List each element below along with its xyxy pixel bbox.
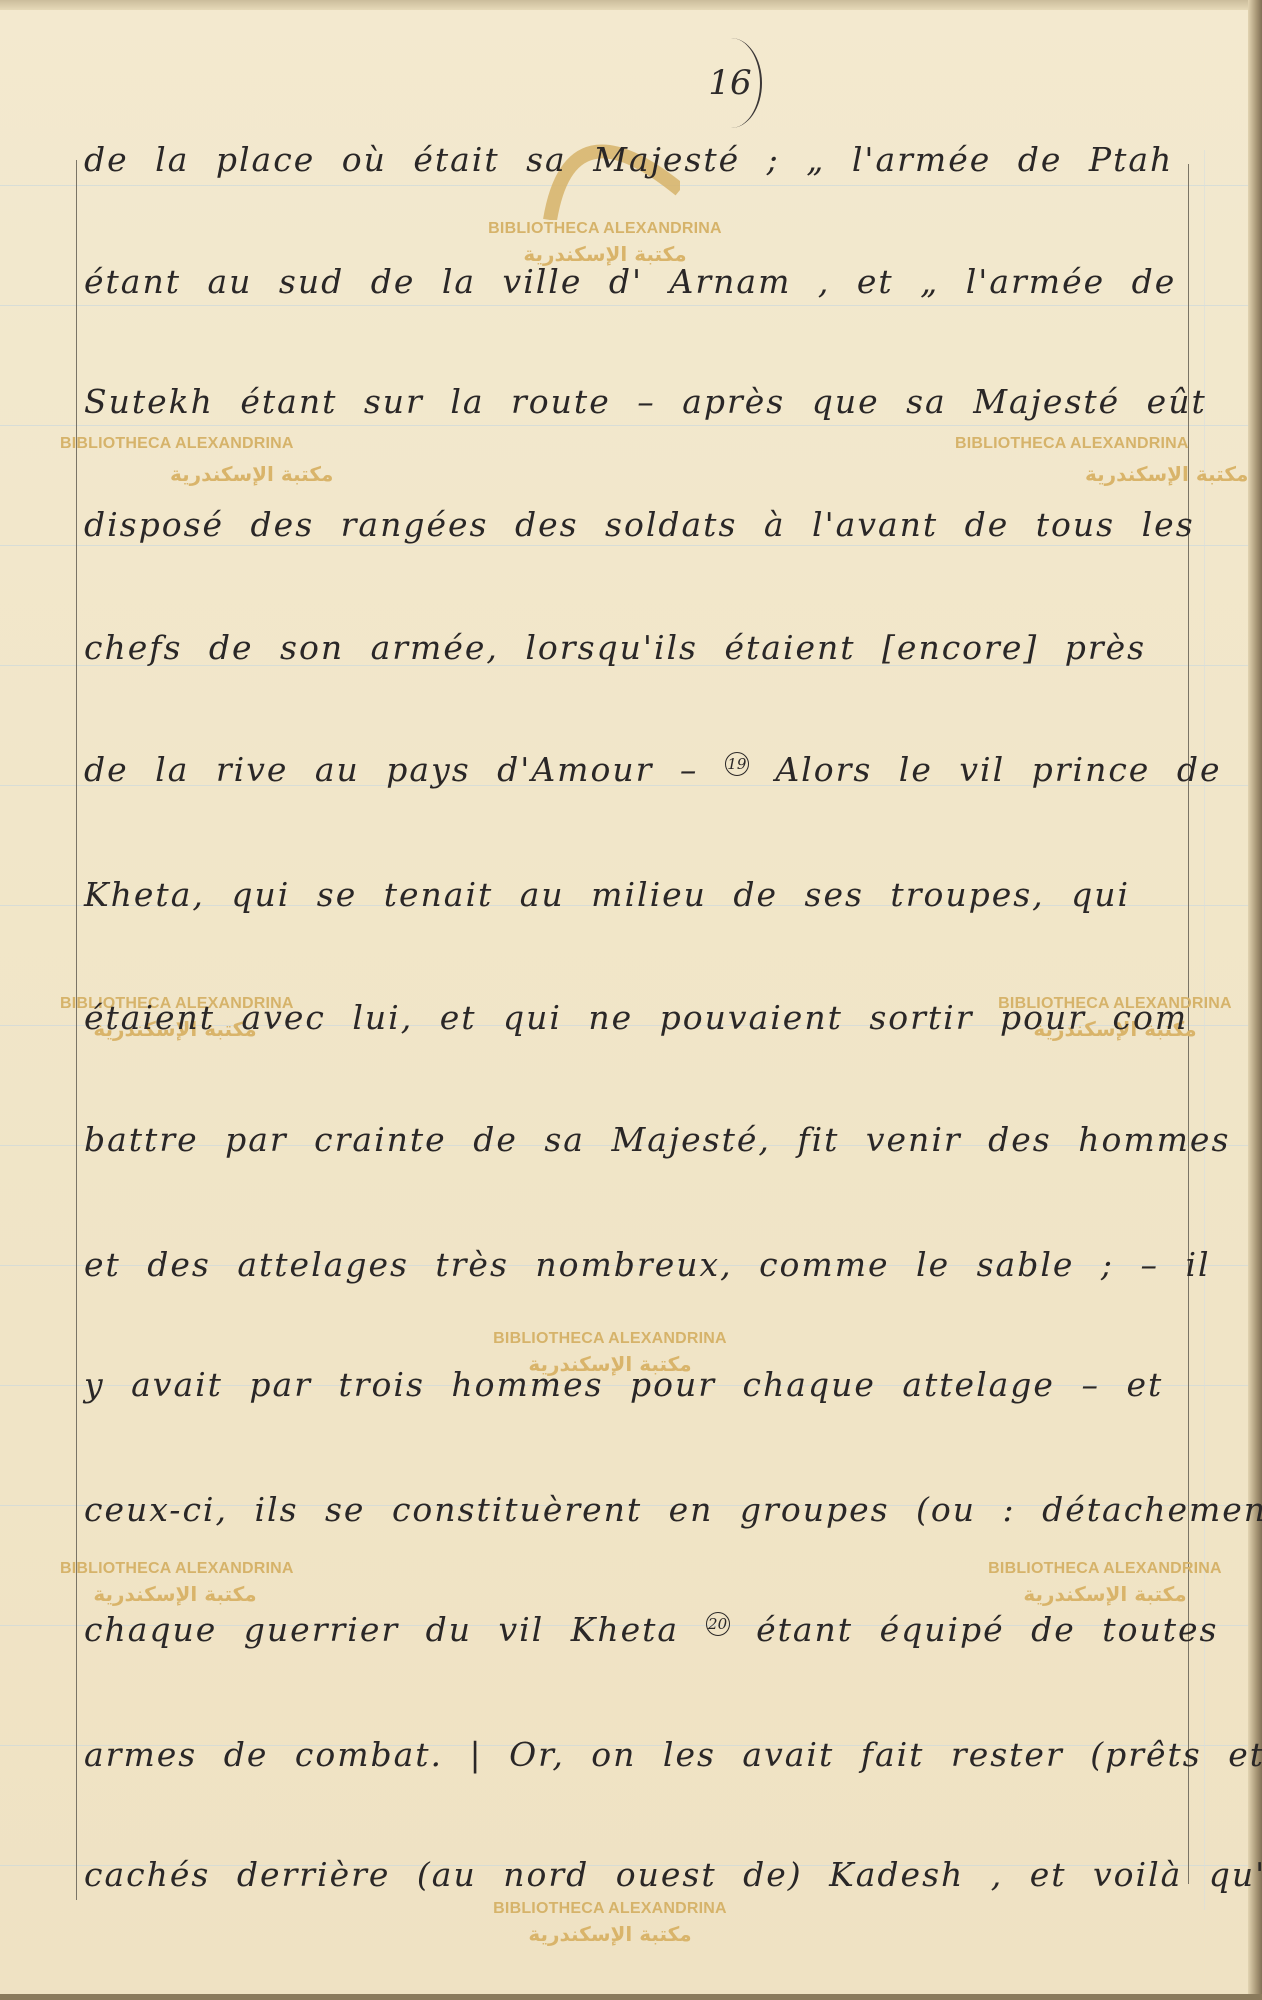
text-line-6-start: de la rive au pays d'Amour – bbox=[84, 750, 698, 789]
watermark-arabic: مكتبة الإسكندرية bbox=[170, 462, 333, 486]
text-line-8: étaient avec lui, et qui ne pouvaient so… bbox=[84, 998, 1184, 1037]
text-line-4: disposé des rangées des soldats à l'avan… bbox=[84, 505, 1184, 544]
text-line-14: armes de combat. | Or, on les avait fait… bbox=[84, 1735, 1184, 1774]
watermark-english: BIBLIOTHECA ALEXANDRINA bbox=[955, 435, 1189, 453]
ruled-line bbox=[0, 545, 1248, 546]
footnote-marker: 19 bbox=[725, 752, 749, 776]
watermark: BIBLIOTHECA ALEXANDRINA مكتبة الإسكندرية bbox=[455, 110, 755, 266]
page-bottom-edge bbox=[0, 1994, 1262, 2000]
text-line-7: Kheta, qui se tenait au milieu de ses tr… bbox=[84, 875, 1184, 914]
watermark-english: BIBLIOTHECA ALEXANDRINA bbox=[460, 1330, 760, 1348]
text-line-1: de la place où était sa Majesté ; „ l'ar… bbox=[84, 140, 1184, 179]
text-line-13: chaque guerrier du vil Kheta 20 étant éq… bbox=[84, 1610, 1184, 1649]
text-line-15: cachés derrière (au nord ouest de) Kades… bbox=[84, 1855, 1184, 1894]
text-line-6-end: Alors le vil prince de bbox=[775, 750, 1221, 789]
watermark-english: BIBLIOTHECA ALEXANDRINA bbox=[60, 1560, 290, 1578]
page-binding-edge bbox=[1248, 0, 1262, 2000]
text-line-12: ceux-ci, ils se constituèrent en groupes… bbox=[84, 1490, 1184, 1529]
text-line-2: étant au sud de la ville d' Arnam , et „… bbox=[84, 262, 1184, 301]
text-line-11: y avait par trois hommes pour chaque att… bbox=[84, 1365, 1184, 1404]
text-line-9: battre par crainte de sa Majesté, fit ve… bbox=[84, 1120, 1184, 1159]
manuscript-page: 16 BIBLIOTHECA ALEXANDRINA مكتبة الإسكند… bbox=[0, 0, 1262, 2000]
text-line-13-end: étant équipé de toutes bbox=[756, 1610, 1218, 1649]
watermark: BIBLIOTHECA ALEXANDRINA مكتبة الإسكندرية bbox=[955, 1560, 1255, 1606]
text-line-6: de la rive au pays d'Amour – 19 Alors le… bbox=[84, 750, 1184, 789]
watermark-arabic: مكتبة الإسكندرية bbox=[60, 1582, 290, 1606]
watermark-english: BIBLIOTHECA ALEXANDRINA bbox=[60, 435, 294, 453]
ruled-line bbox=[0, 305, 1248, 306]
footnote-marker: 20 bbox=[706, 1612, 730, 1636]
text-line-5: chefs de son armée, lorsqu'ils étaient [… bbox=[84, 628, 1184, 667]
watermark: BIBLIOTHECA ALEXANDRINA مكتبة الإسكندرية bbox=[60, 1560, 290, 1606]
watermark-arabic: مكتبة الإسكندرية bbox=[955, 1582, 1255, 1606]
text-line-10: et des attelages très nombreux, comme le… bbox=[84, 1245, 1184, 1284]
page-top-edge bbox=[0, 0, 1262, 10]
ruled-line bbox=[0, 425, 1248, 426]
watermark-english: BIBLIOTHECA ALEXANDRINA bbox=[460, 1900, 760, 1918]
text-line-13-start: chaque guerrier du vil Kheta bbox=[84, 1610, 679, 1649]
watermark: BIBLIOTHECA ALEXANDRINA مكتبة الإسكندرية bbox=[460, 1900, 760, 1946]
watermark-arabic: مكتبة الإسكندرية bbox=[460, 1922, 760, 1946]
watermark-english: BIBLIOTHECA ALEXANDRINA bbox=[455, 220, 755, 238]
watermark-arabic: مكتبة الإسكندرية bbox=[1085, 462, 1248, 486]
text-line-3: Sutekh étant sur la route – après que sa… bbox=[84, 382, 1184, 421]
watermark-english: BIBLIOTHECA ALEXANDRINA bbox=[955, 1560, 1255, 1578]
